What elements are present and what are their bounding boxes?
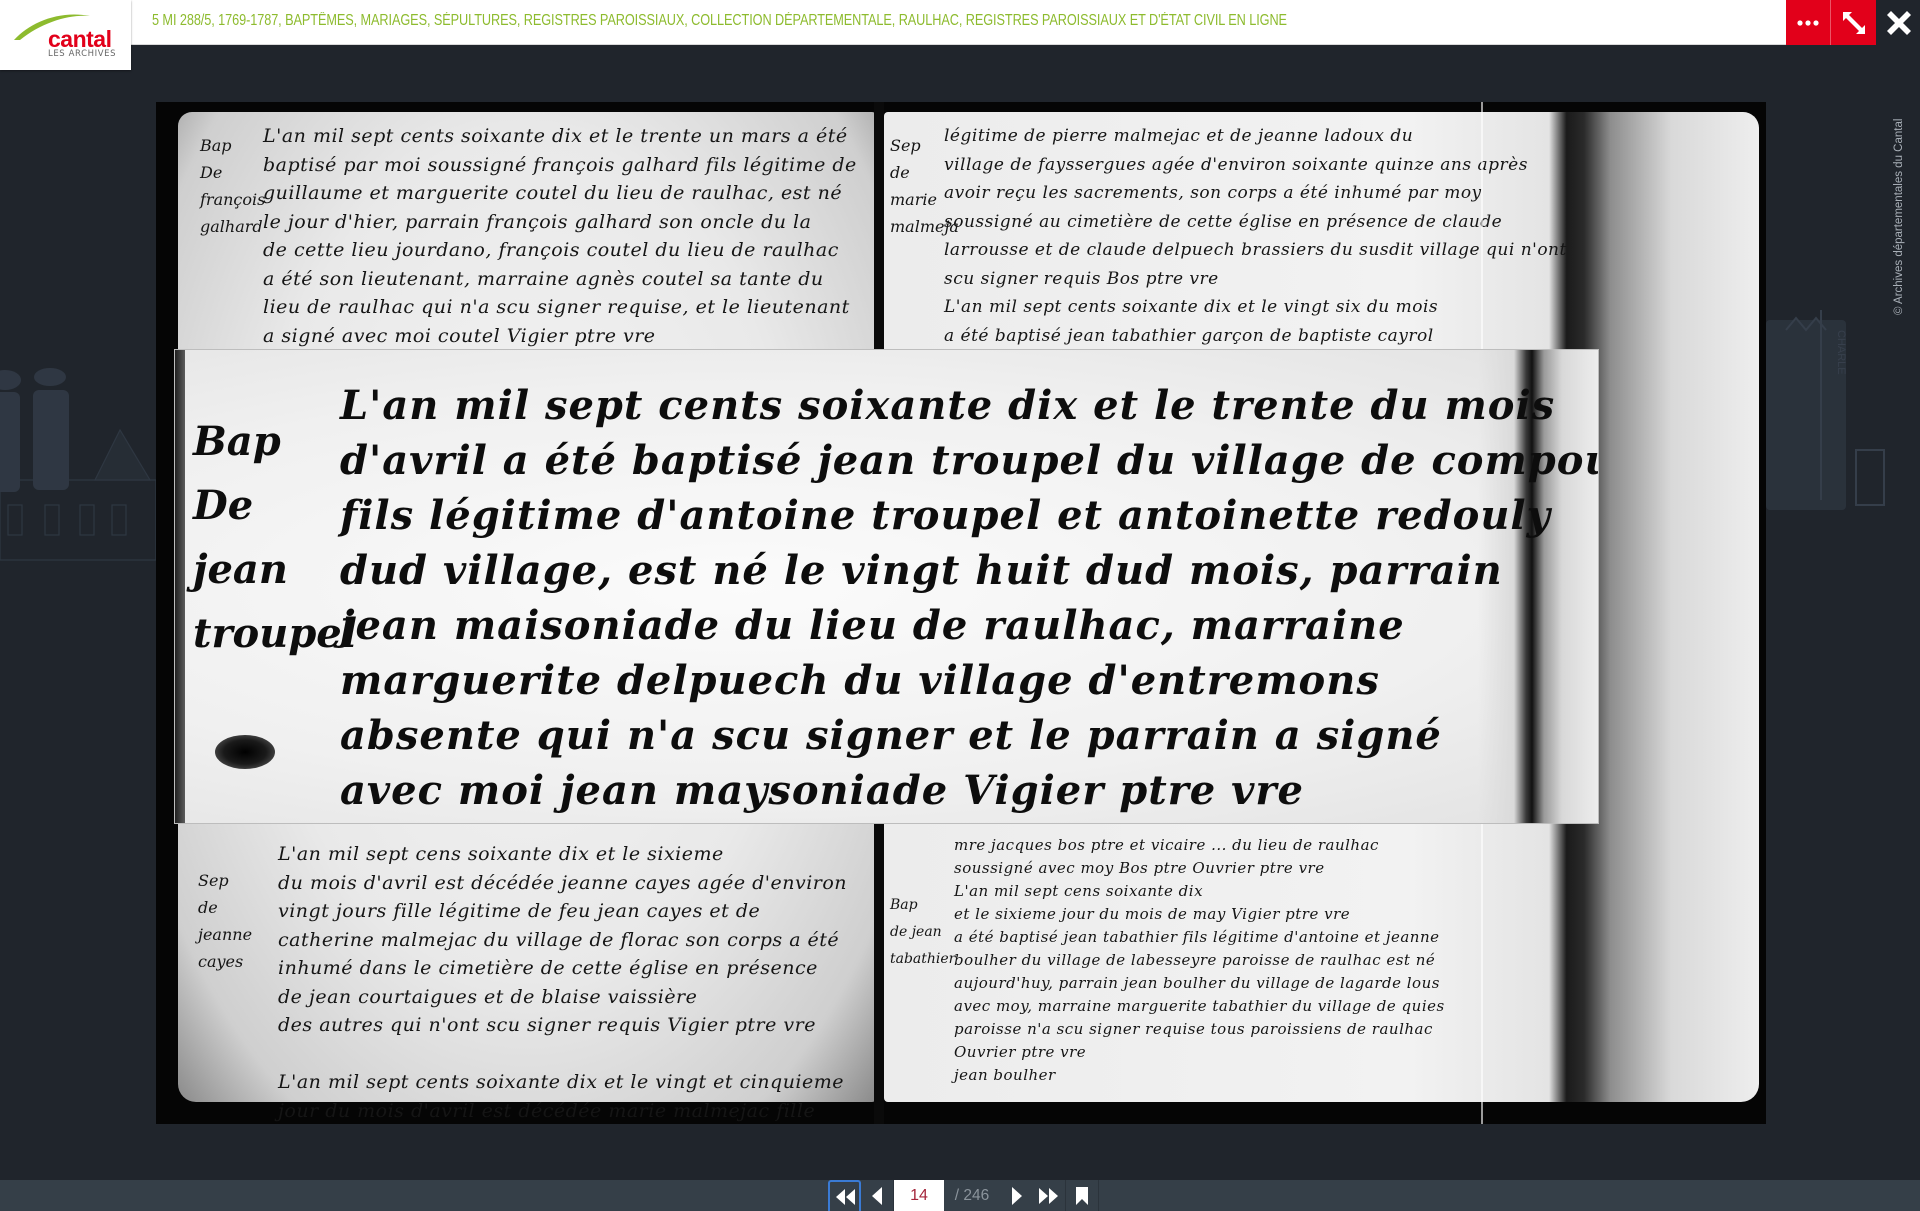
fullscreen-button[interactable] — [1831, 0, 1876, 45]
header-bar: 5 MI 288/5, 1769-1787, BAPTÊMES, MARIAGE… — [0, 0, 1786, 45]
copyright-notice: © Archives départementales du Cantal — [1893, 119, 1905, 315]
lens-magnified-text: L'an mil sept cents soixante dix et le t… — [340, 378, 1598, 818]
ink-blot — [215, 735, 275, 769]
expand-arrows-icon — [1840, 9, 1868, 37]
document-image[interactable]: Bap De françois galhard L'an mil sept ce… — [156, 102, 1766, 1124]
left-top-margin: Bap De françois galhard — [200, 132, 265, 240]
first-page-icon — [834, 1189, 856, 1205]
right-bottom-entries: mre jacques bos ptre et vicaire ... du l… — [954, 834, 1445, 1087]
magnifier-lens[interactable]: Bap De jean troupel L'an mil sept cents … — [175, 350, 1598, 823]
close-button[interactable] — [1876, 0, 1920, 45]
right-bottom-margin: Bap de jean tabathier — [890, 892, 955, 973]
page-number-input[interactable] — [894, 1180, 944, 1211]
bookmark-button[interactable] — [1066, 1180, 1099, 1211]
more-options-button[interactable] — [1786, 0, 1831, 45]
background-illustration-left — [0, 330, 156, 570]
left-bottom-entries: L'an mil sept cens soixante dix et le si… — [278, 840, 847, 1124]
last-page-icon — [1038, 1188, 1060, 1204]
lens-margin-note: Bap De jean troupel — [193, 410, 357, 666]
cantal-archives-logo[interactable]: cantal LES ARCHIVES — [0, 0, 131, 70]
left-bottom-margin: Sep de jeanne cayes — [198, 867, 252, 975]
ellipsis-icon — [1797, 20, 1819, 26]
pagination-controls: / 246 — [828, 1180, 1099, 1211]
page-total: / 246 — [944, 1180, 1000, 1211]
lens-page-edge — [175, 350, 185, 823]
left-top-entry: L'an mil sept cents soixante dix et le t… — [263, 122, 857, 350]
logo-wordmark: cantal — [48, 28, 111, 51]
previous-page-button[interactable] — [861, 1180, 894, 1211]
close-x-icon — [1887, 11, 1911, 35]
next-page-button[interactable] — [1000, 1180, 1033, 1211]
svg-text:CHARLE: CHARLE — [1835, 330, 1847, 375]
archive-viewer: CHARLE © Archives départementales du Can… — [0, 0, 1920, 1211]
next-page-icon — [1011, 1187, 1023, 1205]
last-page-button[interactable] — [1033, 1180, 1066, 1211]
logo-subtitle: LES ARCHIVES — [48, 50, 116, 59]
first-page-button[interactable] — [828, 1180, 861, 1211]
right-top-entry: légitime de pierre malmejac et de jeanne… — [944, 122, 1567, 350]
previous-page-icon — [871, 1187, 883, 1205]
background-illustration-right: CHARLE — [1766, 300, 1886, 530]
bookmark-icon — [1076, 1187, 1088, 1205]
document-title: 5 MI 288/5, 1769-1787, BAPTÊMES, MARIAGE… — [152, 12, 1287, 30]
